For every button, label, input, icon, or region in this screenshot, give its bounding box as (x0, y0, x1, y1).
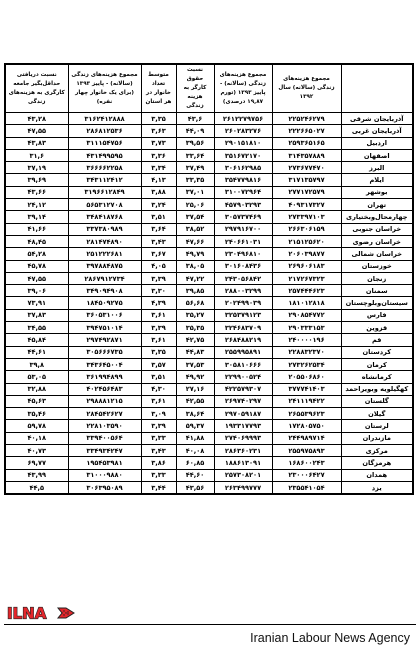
cell-wage-ratio: ۲۵,۰۶ (176, 199, 214, 211)
cell-cost-1392: ۲۱۵۱۲۵۶۲۰ (272, 235, 341, 247)
cell-cost-1393-inflation: ۲۶۸۴۸۸۲۱۹ (214, 334, 272, 346)
cell-wage-ratio: ۳۵,۳۵ (176, 322, 214, 334)
cell-cost-1392: ۳۱۷۱۳۵۷۹۷ (272, 174, 341, 186)
table-row: کهگیلویه وبویراحمد۳۷۷۷۴۱۴۰۳۴۲۲۵۷۹۳۰۷۲۷,۱… (5, 383, 413, 395)
cell-cost-1392: ۲۷۳۳۹۷۱۰۳ (272, 211, 341, 223)
table-row: سمنان۲۵۷۴۴۴۶۲۳۲۸۸۰۰۳۲۹۹۳۹,۸۵۳,۳۰۳۴۹۰۹۴۹۰… (5, 285, 413, 297)
cell-household-size: ۴,۳۹ (141, 297, 176, 309)
table-row: اصفهان۳۱۴۳۵۷۸۸۹۳۵۱۶۷۲۱۷۰۳۳,۶۴۳,۳۶۴۳۱۴۹۹۵… (5, 149, 413, 161)
cell-cost-family-of-four: ۱۸۴۵۰۹۲۷۵ (68, 297, 141, 309)
table-row: خراسان جنوبی۲۶۶۳۰۶۱۵۹۲۹۷۹۱۶۷۰۰۳۸,۵۲۳,۶۴۳… (5, 223, 413, 235)
cell-cost-family-of-four: ۱۹۵۴۵۳۹۸۱ (68, 457, 141, 469)
cell-province-name: سمنان (341, 285, 413, 297)
cell-province-name: لرستان (341, 420, 413, 432)
cell-min-wage-ratio: ۳۹,۰۶ (5, 285, 68, 297)
cell-wage-ratio: ۳۸,۵۲ (176, 223, 214, 235)
cell-min-wage-ratio: ۶۹,۷۷ (5, 457, 68, 469)
cell-min-wage-ratio: ۷۳,۹۱ (5, 297, 68, 309)
cell-province-name: آذربایجان غربی (341, 125, 413, 137)
cell-min-wage-ratio: ۴۸,۴۵ (5, 235, 68, 247)
cell-cost-1393-inflation: ۲۵۵۹۹۵۸۹۱ (214, 346, 272, 358)
agency-name: Iranian Labour News Agency (250, 631, 410, 645)
cell-cost-family-of-four: ۳۴۳۱۱۲۴۱۲ (68, 174, 141, 186)
table-row: همدان۲۳۰۰۰۶۴۲۷۲۵۷۳۰۸۲۰۱۴۴,۶۰۳,۳۳۳۱۰۰۰۹۸۸… (5, 469, 413, 481)
cell-cost-family-of-four: ۲۸۶۸۱۲۵۳۶ (68, 125, 141, 137)
cell-cost-1392: ۲۵۹۳۶۵۱۶۵ (272, 137, 341, 149)
cell-min-wage-ratio: ۴۳,۶۶ (5, 186, 68, 198)
cell-cost-1392: ۲۶۶۳۰۶۱۵۹ (272, 223, 341, 235)
cell-cost-1393-inflation: ۲۶۱۲۲۷۹۷۵۶ (214, 113, 272, 125)
cell-province-name: قزوین (341, 322, 413, 334)
cell-cost-family-of-four: ۳۰۶۳۹۵۰۸۹ (68, 481, 141, 494)
cell-cost-family-of-four: ۳۱۰۰۰۹۸۸۰ (68, 469, 141, 481)
cell-cost-family-of-four: ۳۱۶۲۴۱۲۸۸۸ (68, 113, 141, 125)
cell-wage-ratio: ۴۷,۲۲ (176, 272, 214, 284)
cell-wage-ratio: ۳۷,۴۹ (176, 162, 214, 174)
cell-household-size: ۳,۳۶ (141, 149, 176, 161)
table-row: خراسان رضوی۲۱۵۱۲۵۶۲۰۲۴۰۶۶۱۰۳۱۴۷,۶۶۳,۴۳۲۸… (5, 235, 413, 247)
cell-province-name: کهگیلویه وبویراحمد (341, 383, 413, 395)
cell-wage-ratio: ۴۷,۶۶ (176, 235, 214, 247)
header-province (341, 64, 413, 113)
cell-wage-ratio: ۳۷,۰۱ (176, 186, 214, 198)
cell-cost-1392: ۱۸۱۰۱۲۸۱۸ (272, 297, 341, 309)
cell-cost-family-of-four: ۳۱۹۶۶۱۲۸۴۹ (68, 186, 141, 198)
cell-cost-1393-inflation: ۳۰۵۸۱۰۶۶۶ (214, 358, 272, 370)
table-row: فارس۲۹۰۸۵۴۷۷۲۳۲۵۳۷۹۱۲۳۳۵,۲۷۳,۶۱۳۶۰۵۳۱۰۰۶… (5, 309, 413, 321)
cell-cost-family-of-four: ۳۴۳۶۴۵۰۰۴ (68, 358, 141, 370)
cell-province-name: سیستان‌وبلوچستان (341, 297, 413, 309)
cell-cost-family-of-four: ۳۴۹۰۹۴۹۰۸ (68, 285, 141, 297)
table-row: گیلان۲۶۵۵۳۹۶۲۳۲۹۷۰۵۹۱۸۷۳۸,۶۴۳,۰۹۲۸۴۵۴۲۶۲… (5, 408, 413, 420)
cell-province-name: چهارمحال‌وبختیاری (341, 211, 413, 223)
header-cost-1392: مجموع هزینه‌های زندگی (سالانه) سال ۱۳۹۲ (272, 64, 341, 113)
cell-cost-1392: ۲۵۷۴۴۴۶۲۳ (272, 285, 341, 297)
cell-province-name: تهران (341, 199, 413, 211)
cell-province-name: هرمزگان (341, 457, 413, 469)
header-cost-family-of-four: مجموع هزینه‌های زندگی (سالانه) - پاییز ۱… (68, 64, 141, 113)
cell-cost-family-of-four: ۳۶۱۹۹۴۸۹۹ (68, 371, 141, 383)
header-household-size: متوسط تعداد خانوار در هر استان (141, 64, 176, 113)
cell-cost-1392: ۲۷۳۶۷۷۴۷۰ (272, 162, 341, 174)
cell-cost-1392: ۲۴۰۰۰۰۱۹۶ (272, 334, 341, 346)
cell-wage-ratio: ۳۳,۳۵ (176, 174, 214, 186)
cell-cost-family-of-four: ۴۳۱۴۹۹۵۹۵ (68, 149, 141, 161)
cell-province-name: اصفهان (341, 149, 413, 161)
cell-cost-family-of-four: ۲۹۷۴۹۲۸۷۱ (68, 334, 141, 346)
cell-cost-1392: ۱۷۲۸۰۵۷۵۰ (272, 420, 341, 432)
ilna-logo-text: ILNA (7, 605, 47, 623)
table-row: البرز۲۷۳۶۷۷۴۷۰۳۰۶۱۶۲۹۸۵۳۷,۴۹۳,۳۴۳۶۶۶۶۲۲۵… (5, 162, 413, 174)
cell-province-name: زنجان (341, 272, 413, 284)
cell-cost-1393-inflation: ۲۴۰۶۶۱۰۳۱ (214, 235, 272, 247)
cell-min-wage-ratio: ۲۴,۱۲ (5, 199, 68, 211)
cell-household-size: ۳,۶۳ (141, 125, 176, 137)
cell-cost-1392: ۲۹۰۸۵۴۷۷۲ (272, 309, 341, 321)
cell-wage-ratio: ۴۴,۰۹ (176, 125, 214, 137)
cell-province-name: خراسان شمالی (341, 248, 413, 260)
cell-wage-ratio: ۴۹,۷۹ (176, 248, 214, 260)
cell-cost-1393-inflation: ۳۰۱۶۰۸۴۳۶ (214, 260, 272, 272)
cell-household-size: ۳,۳۰ (141, 285, 176, 297)
cell-min-wage-ratio: ۳۹,۱۴ (5, 211, 68, 223)
cell-min-wage-ratio: ۳۷,۱۹ (5, 162, 68, 174)
cell-household-size: ۳,۶۷ (141, 248, 176, 260)
table-row: زنجان۲۱۷۲۶۷۳۲۳۲۴۳۰۵۶۸۴۲۴۷,۲۲۳,۳۹۲۸۶۷۹۱۲۷… (5, 272, 413, 284)
cell-province-name: یزد (341, 481, 413, 494)
cell-cost-1392: ۲۲۵۲۴۶۲۷۹ (272, 113, 341, 125)
cell-wage-ratio: ۳۳,۶۴ (176, 149, 214, 161)
cell-min-wage-ratio: ۳۱,۶ (5, 149, 68, 161)
cell-province-name: خوزستان (341, 260, 413, 272)
table-row: مرکزی۲۵۵۹۷۵۸۹۳۲۸۶۳۶۰۲۳۱۴۰,۰۸۳,۴۳۳۳۴۹۳۴۲۴… (5, 445, 413, 457)
cell-province-name: گیلان (341, 408, 413, 420)
cell-cost-1392: ۲۱۷۲۶۷۳۲۳ (272, 272, 341, 284)
cell-cost-1393-inflation: ۳۵۴۷۷۹۸۱۶ (214, 174, 272, 186)
cell-household-size: ۳,۳۵ (141, 113, 176, 125)
cell-wage-ratio: ۴۳,۵۶ (176, 481, 214, 494)
cell-wage-ratio: ۳۸,۶۴ (176, 408, 214, 420)
cell-cost-1392: ۲۴۱۱۱۹۴۲۲ (272, 395, 341, 407)
cell-province-name: البرز (341, 162, 413, 174)
cell-cost-1392: ۲۴۴۹۸۹۷۱۴ (272, 432, 341, 444)
header-cost-1393-inflation: مجموع هزینه‌های زندگی (سالانه) - پاییز ۱… (214, 64, 272, 113)
cell-cost-family-of-four: ۳۳۴۹۳۴۲۴۷ (68, 445, 141, 457)
cell-cost-family-of-four: ۳۹۷۸۸۴۸۷۵ (68, 260, 141, 272)
cell-min-wage-ratio: ۴۵,۸۴ (5, 334, 68, 346)
cell-cost-family-of-four: ۳۶۶۶۶۲۲۵۸ (68, 162, 141, 174)
table-row: کرمانشاه۲۰۵۵۰۶۸۶۰۲۲۹۹۰۰۵۲۴۴۹,۹۲۳,۵۱۳۶۱۹۹… (5, 371, 413, 383)
table-header-row: مجموع هزینه‌های زندگی (سالانه) سال ۱۳۹۲ … (5, 64, 413, 113)
cell-wage-ratio: ۲۷,۱۶ (176, 383, 214, 395)
cell-min-wage-ratio: ۴۵,۷۸ (5, 260, 68, 272)
cell-min-wage-ratio: ۳۲,۸۸ (5, 383, 68, 395)
cell-cost-1392: ۲۵۵۹۷۵۸۹۳ (272, 445, 341, 457)
cell-wage-ratio: ۳۸,۰۵ (176, 260, 214, 272)
cell-cost-1393-inflation: ۲۷۴۰۶۹۹۹۳ (214, 432, 272, 444)
cost-of-living-table-container: مجموع هزینه‌های زندگی (سالانه) سال ۱۳۹۲ … (4, 63, 412, 495)
cell-min-wage-ratio: ۴۳,۸۳ (5, 137, 68, 149)
cell-cost-family-of-four: ۳۳۷۳۸۰۹۸۹ (68, 223, 141, 235)
table-row: آذربایجان شرقی۲۲۵۲۴۶۲۷۹۲۶۱۲۲۷۹۷۵۶۴۳,۶۳,۳… (5, 113, 413, 125)
cell-wage-ratio: ۳۵,۲۷ (176, 309, 214, 321)
cell-cost-family-of-four: ۳۴۸۴۱۸۷۶۸ (68, 211, 141, 223)
cell-household-size: ۳,۴۴ (141, 481, 176, 494)
cell-household-size: ۳,۸۸ (141, 186, 176, 198)
cell-province-name: گلستان (341, 395, 413, 407)
cell-household-size: ۴,۳۰ (141, 383, 176, 395)
table-row: هرمزگان۱۶۸۶۰۰۲۴۳۱۸۸۶۱۳۰۹۱۶۰,۸۵۳,۸۶۱۹۵۴۵۳… (5, 457, 413, 469)
cell-household-size: ۳,۰۹ (141, 408, 176, 420)
header-wage-ratio: نسبت حقوق کارگر به هزینه زندگی (176, 64, 214, 113)
table-row: کردستان۲۲۸۸۳۲۳۷۰۲۵۵۹۹۵۸۹۱۴۴,۸۳۳,۳۵۳۰۵۶۶۶… (5, 346, 413, 358)
table-row: مازندران۲۴۴۹۸۹۷۱۴۲۷۴۰۶۹۹۹۳۴۱,۸۸۳,۳۳۳۳۹۴۰… (5, 432, 413, 444)
cell-cost-1392: ۲۲۸۸۳۲۳۷۰ (272, 346, 341, 358)
cell-cost-1393-inflation: ۳۵۱۶۷۲۱۷۰ (214, 149, 272, 161)
cell-cost-1393-inflation: ۲۹۰۱۵۱۸۱۰ (214, 137, 272, 149)
cell-wage-ratio: ۴۳,۶ (176, 113, 214, 125)
cell-min-wage-ratio: ۳۹,۸ (5, 358, 68, 370)
cell-province-name: خراسان جنوبی (341, 223, 413, 235)
cell-cost-1392: ۲۷۷۱۷۲۵۷۹ (272, 186, 341, 198)
cell-cost-1393-inflation: ۱۸۸۶۱۳۰۹۱ (214, 457, 272, 469)
cell-cost-family-of-four: ۳۶۰۵۳۱۰۰۶ (68, 309, 141, 321)
cell-cost-1393-inflation: ۳۱۰۰۷۲۹۶۴ (214, 186, 272, 198)
table-row: تهران۴۰۹۳۱۷۳۲۷۴۵۷۹۰۳۲۹۳۲۵,۰۶۳,۲۴۵۶۵۳۱۲۷۰… (5, 199, 413, 211)
cell-cost-1393-inflation: ۴۲۲۵۷۹۳۰۷ (214, 383, 272, 395)
header-min-wage-ratio: نسبت دریافتی حداقل‌بگیر جامعه کارگری به … (5, 64, 68, 113)
cell-cost-family-of-four: ۲۸۴۵۴۲۶۲۷ (68, 408, 141, 420)
table-row: ایلام۳۱۷۱۳۵۷۹۷۳۵۴۷۷۹۸۱۶۳۳,۳۵۴,۱۳۳۴۳۱۱۲۴۱… (5, 174, 413, 186)
cell-cost-1393-inflation: ۳۲۵۳۷۹۱۲۳ (214, 309, 272, 321)
ilna-logo: ILNA (6, 604, 78, 622)
cell-cost-1393-inflation: ۲۹۷۰۵۹۱۸۷ (214, 408, 272, 420)
cell-household-size: ۳,۴۳ (141, 235, 176, 247)
cost-of-living-table: مجموع هزینه‌های زندگی (سالانه) سال ۱۳۹۲ … (4, 63, 414, 495)
cell-wage-ratio: ۴۲,۷۵ (176, 334, 214, 346)
table-row: قم۲۴۰۰۰۰۱۹۶۲۶۸۴۸۸۲۱۹۴۲,۷۵۳,۶۱۲۹۷۴۹۲۸۷۱۴۵… (5, 334, 413, 346)
cell-province-name: بوشهر (341, 186, 413, 198)
cell-wage-ratio: ۴۹,۹۲ (176, 371, 214, 383)
cell-cost-1393-inflation: ۳۰۶۱۶۲۹۸۵ (214, 162, 272, 174)
table-row: لرستان۱۷۲۸۰۵۷۵۰۱۹۳۳۱۷۷۹۳۵۹,۳۷۳,۳۹۲۲۸۱۰۳۵… (5, 420, 413, 432)
table-row: اردبیل۲۵۹۳۶۵۱۶۵۲۹۰۱۵۱۸۱۰۳۹,۵۶۳,۷۳۳۱۱۱۵۴۷… (5, 137, 413, 149)
cell-cost-1393-inflation: ۱۹۳۳۱۷۷۹۳ (214, 420, 272, 432)
cell-household-size: ۴,۰۵ (141, 260, 176, 272)
cell-cost-1393-inflation: ۲۳۰۴۹۶۸۱۰ (214, 248, 272, 260)
cell-province-name: همدان (341, 469, 413, 481)
cell-province-name: فارس (341, 309, 413, 321)
cell-province-name: مرکزی (341, 445, 413, 457)
cell-cost-family-of-four: ۲۵۱۲۲۲۶۸۱ (68, 248, 141, 260)
cell-wage-ratio: ۳۷,۵۳ (176, 358, 214, 370)
cell-min-wage-ratio: ۵۹,۷۸ (5, 420, 68, 432)
cell-province-name: کردستان (341, 346, 413, 358)
cell-household-size: ۳,۳۹ (141, 322, 176, 334)
cell-cost-1393-inflation: ۲۶۰۲۸۳۲۷۶ (214, 125, 272, 137)
cell-cost-1393-inflation: ۲۵۷۳۰۸۲۰۱ (214, 469, 272, 481)
cell-cost-family-of-four: ۳۱۱۱۵۴۷۵۶ (68, 137, 141, 149)
cell-cost-1393-inflation: ۲۴۳۰۵۶۸۴۲ (214, 272, 272, 284)
table-row: کرمان۲۷۳۲۶۲۵۳۴۳۰۵۸۱۰۶۶۶۳۷,۵۳۳,۵۷۳۴۳۶۴۵۰۰… (5, 358, 413, 370)
cell-province-name: کرمان (341, 358, 413, 370)
cell-province-name: قم (341, 334, 413, 346)
cell-household-size: ۳,۳۳ (141, 432, 176, 444)
cell-wage-ratio: ۴۴,۶۰ (176, 469, 214, 481)
cell-wage-ratio: ۳۹,۸۵ (176, 285, 214, 297)
cell-cost-1392: ۲۷۳۲۶۲۵۳۴ (272, 358, 341, 370)
cell-household-size: ۳,۳۹ (141, 420, 176, 432)
table-row: آذربایجان غربی۲۲۲۶۶۵۰۲۷۲۶۰۲۸۳۲۷۶۴۴,۰۹۳,۶… (5, 125, 413, 137)
cell-household-size: ۳,۶۱ (141, 309, 176, 321)
table-row: یزد۲۳۵۵۴۱۰۵۴۲۶۳۴۹۹۷۷۷۴۳,۵۶۳,۴۴۳۰۶۳۹۵۰۸۹۴… (5, 481, 413, 494)
cell-province-name: ایلام (341, 174, 413, 186)
cell-min-wage-ratio: ۴۳,۲۸ (5, 113, 68, 125)
cell-cost-1392: ۳۱۴۳۵۷۸۸۹ (272, 149, 341, 161)
cell-household-size: ۳,۵۷ (141, 358, 176, 370)
cell-cost-1392: ۳۷۷۷۴۱۴۰۳ (272, 383, 341, 395)
cell-cost-family-of-four: ۳۳۹۴۰۰۵۶۴ (68, 432, 141, 444)
cell-province-name: اردبیل (341, 137, 413, 149)
cell-province-name: خراسان رضوی (341, 235, 413, 247)
cell-cost-1393-inflation: ۲۶۹۷۴۰۲۹۷ (214, 395, 272, 407)
cell-wage-ratio: ۵۹,۳۷ (176, 420, 214, 432)
cell-wage-ratio: ۴۱,۸۸ (176, 432, 214, 444)
table-row: بوشهر۲۷۷۱۷۲۵۷۹۳۱۰۰۷۲۹۶۴۳۷,۰۱۳,۸۸۳۱۹۶۶۱۲۸… (5, 186, 413, 198)
cell-wage-ratio: ۶۰,۸۵ (176, 457, 214, 469)
cell-cost-1393-inflation: ۲۸۸۰۰۳۲۹۹ (214, 285, 272, 297)
cell-min-wage-ratio: ۳۵,۴۶ (5, 408, 68, 420)
cell-cost-family-of-four: ۵۶۵۳۱۲۷۰۸ (68, 199, 141, 211)
cell-cost-1393-inflation: ۴۵۷۹۰۳۲۹۳ (214, 199, 272, 211)
table-row: چهارمحال‌وبختیاری۲۷۳۳۹۷۱۰۳۳۰۵۷۳۷۴۶۹۳۷,۵۴… (5, 211, 413, 223)
cell-cost-1393-inflation: ۲۹۷۹۱۶۷۰۰ (214, 223, 272, 235)
cell-cost-1392: ۱۶۸۶۰۰۲۴۳ (272, 457, 341, 469)
cell-cost-1393-inflation: ۲۶۳۴۹۹۷۷۷ (214, 481, 272, 494)
cell-cost-family-of-four: ۲۸۶۷۹۱۲۷۳۴ (68, 272, 141, 284)
table-row: خراسان شمالی۲۰۶۰۳۹۸۷۷۲۳۰۴۹۶۸۱۰۴۹,۷۹۳,۶۷۲… (5, 248, 413, 260)
cell-min-wage-ratio: ۴۷,۵۵ (5, 125, 68, 137)
cell-cost-1392: ۲۶۹۶۰۶۱۸۳ (272, 260, 341, 272)
cell-cost-1392: ۴۰۹۳۱۷۳۲۷ (272, 199, 341, 211)
cell-cost-family-of-four: ۲۸۱۴۷۴۸۹۰ (68, 235, 141, 247)
cell-household-size: ۳,۳۳ (141, 469, 176, 481)
cell-min-wage-ratio: ۴۷,۵۵ (5, 272, 68, 284)
table-body: آذربایجان شرقی۲۲۵۲۴۶۲۷۹۲۶۱۲۲۷۹۷۵۶۴۳,۶۳,۳… (5, 113, 413, 495)
cell-household-size: ۳,۶۱ (141, 334, 176, 346)
cell-cost-1393-inflation: ۲۰۲۴۹۹۰۳۹ (214, 297, 272, 309)
footer-divider (4, 624, 416, 625)
cell-household-size: ۳,۴۳ (141, 445, 176, 457)
cell-wage-ratio: ۳۹,۵۶ (176, 137, 214, 149)
cell-household-size: ۳,۵۱ (141, 371, 176, 383)
cell-min-wage-ratio: ۴۳,۹۹ (5, 469, 68, 481)
cell-min-wage-ratio: ۴۰,۱۸ (5, 432, 68, 444)
cell-cost-1392: ۲۳۰۰۰۶۴۲۷ (272, 469, 341, 481)
table-row: سیستان‌وبلوچستان۱۸۱۰۱۲۸۱۸۲۰۲۴۹۹۰۳۹۵۶,۶۸۴… (5, 297, 413, 309)
cell-cost-1392: ۲۳۵۵۴۱۰۵۴ (272, 481, 341, 494)
cell-cost-1393-inflation: ۲۲۹۹۰۰۵۲۴ (214, 371, 272, 383)
cell-cost-1392: ۲۰۵۵۰۶۸۶۰ (272, 371, 341, 383)
cell-household-size: ۳,۳۹ (141, 272, 176, 284)
cell-wage-ratio: ۴۴,۸۳ (176, 346, 214, 358)
cell-household-size: ۳,۲۴ (141, 199, 176, 211)
cell-min-wage-ratio: ۴۴,۶۱ (5, 346, 68, 358)
cell-household-size: ۳,۳۵ (141, 346, 176, 358)
cell-cost-family-of-four: ۲۲۸۱۰۳۵۹۰ (68, 420, 141, 432)
table-row: خوزستان۲۶۹۶۰۶۱۸۳۳۰۱۶۰۸۴۳۶۳۸,۰۵۴,۰۵۳۹۷۸۸۴… (5, 260, 413, 272)
cell-cost-1393-inflation: ۳۰۵۷۳۷۴۶۹ (214, 211, 272, 223)
cell-min-wage-ratio: ۵۴,۲۸ (5, 248, 68, 260)
cell-min-wage-ratio: ۳۹,۶۹ (5, 174, 68, 186)
cell-household-size: ۳,۵۱ (141, 211, 176, 223)
cell-cost-family-of-four: ۳۰۵۶۶۶۷۳۵ (68, 346, 141, 358)
table-row: گلستان۲۴۱۱۱۹۴۲۲۲۶۹۷۴۰۲۹۷۴۲,۵۵۳,۶۱۲۹۸۸۸۱۲… (5, 395, 413, 407)
cell-household-size: ۳,۸۶ (141, 457, 176, 469)
cell-cost-family-of-four: ۳۹۴۷۵۱۰۱۴ (68, 322, 141, 334)
cell-cost-1392: ۲۰۶۰۳۹۸۷۷ (272, 248, 341, 260)
cell-household-size: ۳,۶۱ (141, 395, 176, 407)
cell-min-wage-ratio: ۵۳,۰۵ (5, 371, 68, 383)
cell-household-size: ۳,۶۴ (141, 223, 176, 235)
cell-cost-1393-inflation: ۳۲۴۶۸۳۷۰۹ (214, 322, 272, 334)
cell-min-wage-ratio: ۳۷,۸۳ (5, 309, 68, 321)
cell-wage-ratio: ۴۲,۵۵ (176, 395, 214, 407)
cell-wage-ratio: ۵۶,۶۸ (176, 297, 214, 309)
cell-cost-1392: ۲۲۲۶۶۵۰۲۷ (272, 125, 341, 137)
cell-cost-1392: ۲۹۰۳۳۳۱۵۳ (272, 322, 341, 334)
cell-min-wage-ratio: ۴۰,۷۳ (5, 445, 68, 457)
cell-province-name: کرمانشاه (341, 371, 413, 383)
cell-household-size: ۳,۷۳ (141, 137, 176, 149)
table-row: قزوین۲۹۰۳۳۳۱۵۳۳۲۴۶۸۳۷۰۹۳۵,۳۵۳,۳۹۳۹۴۷۵۱۰۱… (5, 322, 413, 334)
cell-min-wage-ratio: ۴۵,۶۳ (5, 395, 68, 407)
cell-cost-1392: ۲۶۵۵۳۹۶۲۳ (272, 408, 341, 420)
cell-cost-family-of-four: ۴۰۲۴۵۶۴۸۳ (68, 383, 141, 395)
cell-wage-ratio: ۴۰,۰۸ (176, 445, 214, 457)
cell-province-name: آذربایجان شرقی (341, 113, 413, 125)
cell-min-wage-ratio: ۴۱,۶۶ (5, 223, 68, 235)
cell-min-wage-ratio: ۴۴,۵ (5, 481, 68, 494)
cell-wage-ratio: ۳۷,۵۴ (176, 211, 214, 223)
cell-household-size: ۳,۳۴ (141, 162, 176, 174)
cell-cost-family-of-four: ۲۹۸۸۸۱۲۱۵ (68, 395, 141, 407)
cell-household-size: ۴,۱۳ (141, 174, 176, 186)
cell-min-wage-ratio: ۳۴,۵۵ (5, 322, 68, 334)
cell-cost-1393-inflation: ۲۸۶۳۶۰۲۳۱ (214, 445, 272, 457)
cell-province-name: مازندران (341, 432, 413, 444)
